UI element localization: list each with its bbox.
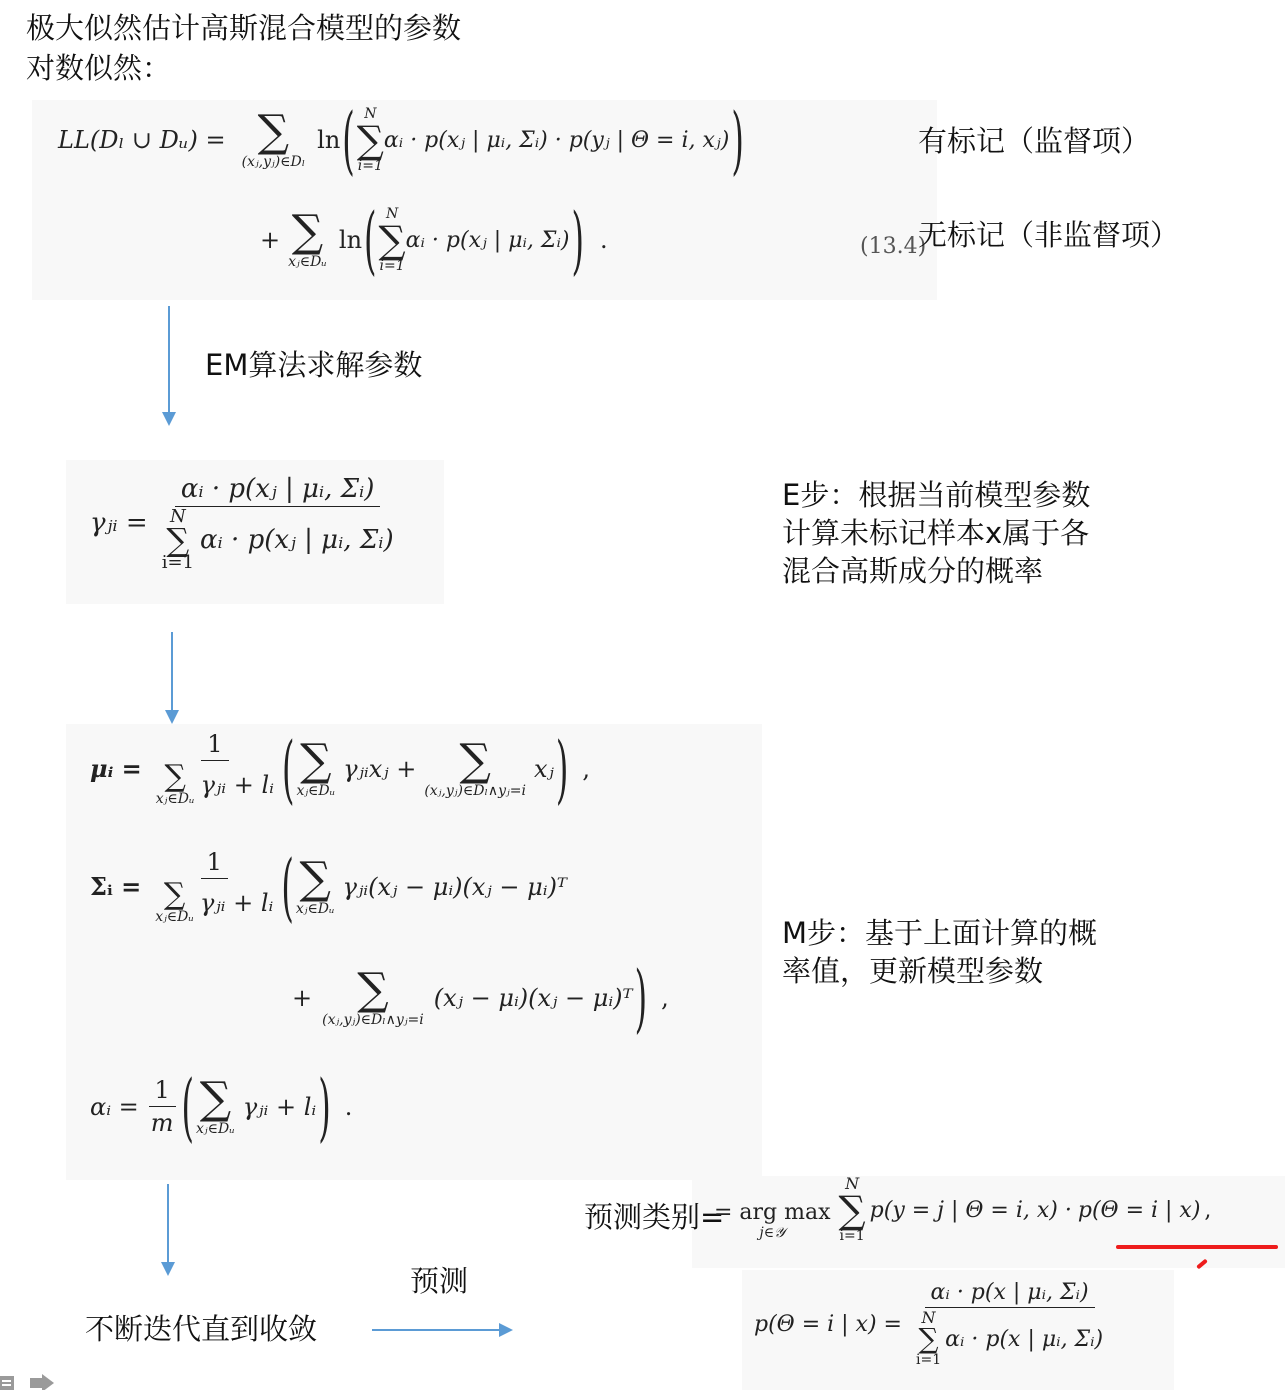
sum: ∑ xⱼ∈Dᵤ bbox=[156, 763, 195, 807]
open-paren: ( bbox=[182, 1070, 194, 1144]
notes-icon[interactable] bbox=[0, 1376, 14, 1390]
mu-eq: μᵢ = 1 ∑ xⱼ∈Dᵤ γⱼᵢ + lᵢ ( ∑ xⱼ∈Dᵤ γⱼᵢxⱼ … bbox=[90, 730, 590, 807]
argmax: = arg max j∈𝒴 bbox=[714, 1180, 831, 1241]
mu-lhs: μᵢ = bbox=[90, 754, 142, 783]
open-paren: ( bbox=[364, 203, 376, 277]
ll-term2-body: αᵢ · p(xⱼ | μᵢ, Σᵢ) bbox=[406, 228, 570, 253]
posterior-numerator: αᵢ · p(x | μᵢ, Σᵢ) bbox=[925, 1280, 1095, 1308]
denominator-body: αᵢ · p(x | μᵢ, Σᵢ) bbox=[945, 1327, 1103, 1352]
inner-sum: N ∑ i=1 bbox=[379, 206, 406, 274]
sum: N ∑ i=1 bbox=[916, 1310, 941, 1368]
likelihood-term: p(y = j | Θ = i, x) · bbox=[870, 1198, 1072, 1223]
sum-lower: (xⱼ,yⱼ)∈Dₗ∧yⱼ=i bbox=[424, 783, 526, 799]
alpha-body: γⱼᵢ + lᵢ bbox=[243, 1093, 316, 1121]
sum-lower: i=1 bbox=[162, 555, 194, 571]
sum-unlabeled: ∑ xⱼ∈Dᵤ bbox=[288, 210, 327, 270]
sum: ∑ xⱼ∈Dᵤ bbox=[155, 881, 194, 925]
sum-symbol: ∑ bbox=[200, 1077, 231, 1121]
ll-term1-body: αᵢ · p(xⱼ | μᵢ, Σᵢ) · p(yⱼ | Θ = i, xⱼ) bbox=[384, 128, 729, 153]
denominator-body: αᵢ · p(xⱼ | μᵢ, Σᵢ) bbox=[200, 525, 394, 555]
red-highlight-underline bbox=[1116, 1245, 1278, 1249]
sum-unlabeled: ∑ xⱼ∈Dᵤ bbox=[296, 739, 335, 799]
alpha-lhs: αᵢ = bbox=[90, 1093, 139, 1121]
sum-lower: xⱼ∈Dᵤ bbox=[156, 791, 195, 807]
frac-den: m bbox=[145, 1107, 180, 1137]
sigma-term2: (xⱼ − μᵢ)(xⱼ − μᵢ)ᵀ bbox=[434, 984, 633, 1012]
flow-arrow-line bbox=[171, 632, 173, 712]
sum-lower: i=1 bbox=[380, 258, 405, 274]
arrow-right-icon bbox=[499, 1323, 513, 1337]
posterior-fraction: αᵢ · p(x | μᵢ, Σᵢ) N ∑ i=1 αᵢ · p(x | μᵢ… bbox=[910, 1280, 1109, 1368]
sum-labeled: ∑ (xⱼ,yⱼ)∈Dₗ∧yⱼ=i bbox=[322, 968, 424, 1028]
sum-lower: xⱼ∈Dᵤ bbox=[196, 1121, 235, 1137]
ln: ln bbox=[339, 226, 362, 254]
comma: , bbox=[1204, 1198, 1211, 1223]
sum-lower: (xⱼ,yⱼ)∈Dₗ bbox=[242, 154, 306, 170]
page-title: 极大似然估计高斯混合模型的参数 bbox=[26, 8, 461, 48]
flow-arrow-line bbox=[372, 1329, 500, 1331]
equation-number: (13.4) bbox=[860, 234, 926, 259]
frac-den: ∑ xⱼ∈Dᵤ γⱼᵢ + lᵢ bbox=[149, 879, 279, 925]
sum-symbol: ∑ bbox=[919, 1326, 939, 1352]
open-paren: ( bbox=[281, 850, 293, 924]
alpha-eq: αᵢ = 1 m ( ∑ xⱼ∈Dᵤ γⱼᵢ + lᵢ ) . bbox=[90, 1076, 352, 1137]
sum-unlabeled: ∑ xⱼ∈Dᵤ bbox=[196, 1077, 235, 1137]
ln: ln bbox=[317, 126, 340, 154]
posterior-formula-panel: p(Θ = i | x) = αᵢ · p(x | μᵢ, Σᵢ) N ∑ i=… bbox=[742, 1270, 1174, 1390]
close-paren: ) bbox=[731, 103, 743, 177]
subtitle-log-likelihood: 对数似然： bbox=[26, 48, 171, 88]
sum-symbol: ∑ bbox=[379, 222, 406, 258]
prediction-formula: = arg max j∈𝒴 N ∑ i=1 p(y = j | Θ = i, x… bbox=[714, 1176, 1211, 1244]
sum-lower: xⱼ∈Dᵤ bbox=[155, 909, 194, 925]
arrow-down-icon bbox=[165, 710, 179, 724]
gamma-eq: γⱼᵢ = αᵢ · p(xⱼ | μᵢ, Σᵢ) N ∑ i=1 αᵢ · p… bbox=[90, 474, 400, 571]
e-step-desc-line3: 混合高斯成分的概率 bbox=[782, 552, 1043, 590]
sum-lower: i=1 bbox=[916, 1352, 941, 1368]
mu-term2: xⱼ bbox=[534, 755, 554, 783]
sum-symbol: ∑ bbox=[357, 968, 388, 1012]
plus: + bbox=[260, 226, 280, 254]
gamma-fraction: αᵢ · p(xⱼ | μᵢ, Σᵢ) N ∑ i=1 αᵢ · p(xⱼ | … bbox=[156, 474, 400, 571]
plus: + bbox=[292, 984, 312, 1012]
close-paren: ) bbox=[635, 961, 647, 1035]
iterate-label: 不断迭代直到收敛 bbox=[85, 1310, 317, 1348]
arrow-down-icon bbox=[162, 412, 176, 426]
den-body: γⱼᵢ + lᵢ bbox=[201, 771, 274, 799]
posterior-lhs: p(Θ = i | x) = bbox=[754, 1312, 902, 1337]
arrow-down-icon bbox=[161, 1262, 175, 1276]
sum: N ∑ i=1 bbox=[839, 1176, 866, 1244]
frac-den: ∑ xⱼ∈Dᵤ γⱼᵢ + lᵢ bbox=[150, 761, 280, 807]
m-step-desc-line2: 率值，更新模型参数 bbox=[782, 952, 1043, 990]
sum-labeled: ∑ (xⱼ,yⱼ)∈Dₗ∧yⱼ=i bbox=[424, 739, 526, 799]
argmax-op: = arg max bbox=[714, 1200, 831, 1225]
gamma-numerator: αᵢ · p(xⱼ | μᵢ, Σᵢ) bbox=[175, 474, 381, 507]
den-body: γⱼᵢ + lᵢ bbox=[200, 889, 273, 917]
log-likelihood-equation: LL(Dₗ ∪ Dᵤ) = ∑ (xⱼ,yⱼ)∈Dₗ ln ( N ∑ i=1 … bbox=[32, 100, 937, 300]
frac-num: 1 bbox=[149, 1076, 176, 1107]
sum-symbol: ∑ bbox=[357, 122, 384, 158]
flow-arrow-line bbox=[168, 306, 170, 414]
predict-label: 预测 bbox=[410, 1262, 468, 1300]
annotation-unlabeled: 无标记（非监督项） bbox=[918, 216, 1179, 254]
ll-line1: LL(Dₗ ∪ Dᵤ) = ∑ (xⱼ,yⱼ)∈Dₗ ln ( N ∑ i=1 … bbox=[58, 106, 746, 174]
sigma-eq: Σᵢ = 1 ∑ xⱼ∈Dᵤ γⱼᵢ + lᵢ ( ∑ xⱼ∈Dᵤ γⱼᵢ(xⱼ… bbox=[90, 848, 567, 925]
next-arrow-icon[interactable] bbox=[30, 1374, 54, 1390]
period: . bbox=[600, 226, 608, 254]
sum-labeled: ∑ (xⱼ,yⱼ)∈Dₗ bbox=[242, 110, 306, 170]
mu-fraction: 1 ∑ xⱼ∈Dᵤ γⱼᵢ + lᵢ bbox=[150, 730, 280, 807]
open-paren: ( bbox=[342, 103, 354, 177]
ll-lhs: LL(Dₗ ∪ Dᵤ) = bbox=[58, 126, 226, 154]
sigma-fraction: 1 ∑ xⱼ∈Dᵤ γⱼᵢ + lᵢ bbox=[149, 848, 279, 925]
alpha-fraction: 1 m bbox=[145, 1076, 180, 1137]
period: . bbox=[345, 1093, 353, 1121]
m-step-equations: μᵢ = 1 ∑ xⱼ∈Dᵤ γⱼᵢ + lᵢ ( ∑ xⱼ∈Dᵤ γⱼᵢxⱼ … bbox=[66, 724, 762, 1180]
annotation-labeled: 有标记（监督项） bbox=[918, 122, 1150, 160]
sigma-eq-line2: + ∑ (xⱼ,yⱼ)∈Dₗ∧yⱼ=i (xⱼ − μᵢ)(xⱼ − μᵢ)ᵀ … bbox=[292, 968, 669, 1028]
e-step-desc-line2: 计算未标记样本x属于各 bbox=[782, 514, 1089, 552]
sigma-lhs: Σᵢ = bbox=[90, 872, 141, 901]
frac-num: 1 bbox=[201, 848, 228, 879]
sum-symbol: ∑ bbox=[300, 857, 331, 901]
inner-sum: N ∑ i=1 bbox=[357, 106, 384, 174]
sum-lower: i=1 bbox=[358, 158, 383, 174]
sum-symbol: ∑ bbox=[459, 739, 490, 783]
e-step-equation: γⱼᵢ = αᵢ · p(xⱼ | μᵢ, Σᵢ) N ∑ i=1 αᵢ · p… bbox=[66, 460, 444, 604]
close-paren: ) bbox=[556, 732, 568, 806]
comma: , bbox=[582, 755, 590, 783]
sigma-term1: γⱼᵢ(xⱼ − μᵢ)(xⱼ − μᵢ)ᵀ bbox=[343, 873, 567, 901]
sum-lower: xⱼ∈Dᵤ bbox=[296, 901, 335, 917]
ll-line2: + ∑ xⱼ∈Dᵤ ln ( N ∑ i=1 αᵢ · p(xⱼ | μᵢ, Σ… bbox=[260, 206, 608, 274]
gamma-lhs: γⱼᵢ = bbox=[90, 508, 148, 538]
posterior-denominator: N ∑ i=1 αᵢ · p(x | μᵢ, Σᵢ) bbox=[910, 1308, 1109, 1368]
comma: , bbox=[661, 984, 669, 1012]
frac-num: 1 bbox=[201, 730, 228, 761]
close-paren: ) bbox=[318, 1070, 330, 1144]
mu-term1: γⱼᵢxⱼ + bbox=[343, 755, 416, 783]
sum-lower: xⱼ∈Dᵤ bbox=[296, 783, 335, 799]
sum-lower: xⱼ∈Dᵤ bbox=[288, 254, 327, 270]
posterior-term-highlighted: p(Θ = i | x) bbox=[1078, 1198, 1201, 1223]
close-paren: ) bbox=[571, 203, 583, 277]
open-paren: ( bbox=[282, 732, 294, 806]
sum-lower: (xⱼ,yⱼ)∈Dₗ∧yⱼ=i bbox=[322, 1012, 424, 1028]
prediction-label: 预测类别= bbox=[584, 1198, 724, 1236]
sum-unlabeled: ∑ xⱼ∈Dᵤ bbox=[296, 857, 335, 917]
posterior-eq: p(Θ = i | x) = αᵢ · p(x | μᵢ, Σᵢ) N ∑ i=… bbox=[754, 1280, 1109, 1368]
sum-symbol: ∑ bbox=[292, 210, 323, 254]
sum-symbol: ∑ bbox=[166, 525, 189, 555]
m-step-desc-line1: M步：基于上面计算的概 bbox=[782, 914, 1097, 952]
sum: N ∑ i=1 bbox=[162, 509, 194, 571]
sum-symbol: ∑ bbox=[164, 763, 185, 791]
flow-arrow-line bbox=[167, 1184, 169, 1264]
sum-symbol: ∑ bbox=[258, 110, 289, 154]
e-step-desc-line1: E步：根据当前模型参数 bbox=[782, 476, 1090, 514]
sum-lower: i=1 bbox=[840, 1228, 865, 1244]
argmax-lower: j∈𝒴 bbox=[759, 1225, 785, 1241]
sum-symbol: ∑ bbox=[300, 739, 331, 783]
em-solve-label: EM算法求解参数 bbox=[205, 346, 422, 384]
gamma-denominator: N ∑ i=1 αᵢ · p(xⱼ | μᵢ, Σᵢ) bbox=[156, 507, 400, 571]
sum-symbol: ∑ bbox=[164, 881, 185, 909]
sum-symbol: ∑ bbox=[839, 1192, 866, 1228]
